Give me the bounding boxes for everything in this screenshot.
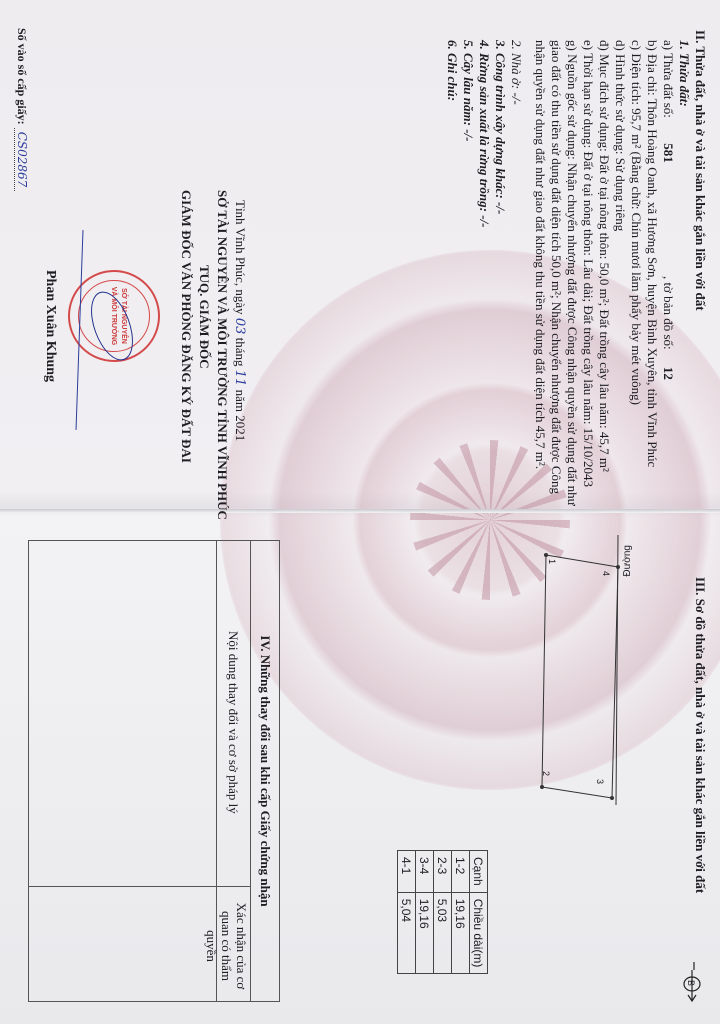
parcel-number-row: a) Thửa đất số: 581 , tờ bản đồ số: 12 xyxy=(660,40,676,380)
section-iv-title: IV. Những thay đổi sau khi cấp Giấy chứn… xyxy=(257,541,273,1001)
director-title: GIÁM ĐỐC VĂN PHÒNG ĐĂNG KÝ ĐẤT ĐAI xyxy=(178,190,194,463)
origin-line-1: g) Nguồn gốc sử dụng: Nhận chuyển nhượng… xyxy=(564,40,580,506)
notes-item: 6. Ghi chú: xyxy=(444,40,460,101)
table-row: 1-219,16 xyxy=(452,851,470,974)
table-row: 2-35,03 xyxy=(434,851,452,974)
section-ii-title: II. Thửa đất, nhà ở và tài sản khác gắn … xyxy=(692,30,708,311)
north-label: B xyxy=(683,980,699,986)
parcel-label: a) Thửa đất số: xyxy=(661,40,676,118)
area: c) Diện tích: 95,7 m² (Bằng chữ: Chín mư… xyxy=(628,40,644,405)
signer-name: Phan Xuân Khung xyxy=(42,270,58,382)
usage-form: d) Hình thức sử dụng: Sử dụng riêng xyxy=(612,40,628,231)
map-sheet-number: 12 xyxy=(661,367,676,380)
other-construction-item: 3. Công trình xây dựng khác: -/- xyxy=(492,40,508,214)
vertex-2: 2 xyxy=(538,771,554,776)
usage-purpose: đ) Mục đích sử dụng: Đất ở tại nông thôn… xyxy=(596,40,612,472)
land-use-certificate-spread: II. Thửa đất, nhà ở và tài sản khác gắn … xyxy=(0,0,720,1024)
parcel-number: 581 xyxy=(661,143,676,163)
planted-forest-item: 4. Rừng sản xuất là rừng trồng: -/- xyxy=(476,40,492,228)
fold-crease xyxy=(0,509,720,513)
road-label: Đường xyxy=(620,545,636,577)
changes-section: IV. Những thay đổi sau khi cấp Giấy chứn… xyxy=(28,540,280,1002)
registry-row: Số vào sổ cấp giấy: CS02867 xyxy=(14,28,30,191)
map-sheet-label: , tờ bản đồ số: xyxy=(661,276,676,350)
address: b) Địa chỉ: Thôn Hoàng Oanh, xã Hương Sơ… xyxy=(644,40,660,467)
vertex-markers xyxy=(540,553,620,800)
right-page: III. Sơ đồ thửa đất, nhà ở và tài sản kh… xyxy=(0,515,720,1024)
vertex-4: 4 xyxy=(598,571,614,576)
divider xyxy=(250,541,251,1001)
changes-confirm-header: Xác nhận của cơ quan có thẩm quyền xyxy=(204,896,249,996)
table-row: 4-15,04 xyxy=(398,851,416,974)
authority: SỞ TÀI NGUYÊN VÀ MÔI TRƯỜNG TỈNH VĨNH PH… xyxy=(214,190,230,520)
on-behalf: TUQ. GIÁM ĐỐC xyxy=(196,265,212,369)
origin-line-2: giao đất có thu tiền sử dụng đất diện tí… xyxy=(548,40,564,494)
usage-term: e) Thời hạn sử dụng: Đất ở tại nông thôn… xyxy=(580,40,596,487)
table-row: 3-419,16 xyxy=(416,851,434,974)
house-item: 2. Nhà ở: -/- xyxy=(508,40,524,105)
registry-number: CS02867 xyxy=(14,128,29,192)
place-date: Tỉnh Vĩnh Phúc, ngày 03 tháng 11 năm 202… xyxy=(231,200,248,441)
vertex-1: 1 xyxy=(544,559,560,564)
perennial-trees-item: 5. Cây lâu năm: -/- xyxy=(460,40,476,141)
divider xyxy=(29,886,251,887)
left-page: II. Thửa đất, nhà ở và tài sản khác gắn … xyxy=(0,0,720,505)
issue-month: 11 xyxy=(232,370,247,387)
issue-day: 03 xyxy=(232,318,247,335)
registry-label: Số vào sổ cấp giấy: xyxy=(15,28,29,125)
edge-length-table: Cạnh Chiều dài(m) 1-219,16 2-35,03 3-419… xyxy=(397,850,488,974)
parcel-subtitle: 1. Thửa đất: xyxy=(676,40,692,107)
table-header-row: Cạnh Chiều dài(m) xyxy=(470,851,488,974)
vertex-3: 3 xyxy=(592,779,608,784)
origin-line-3: nhận quyền sử dụng đất như giao đất khôn… xyxy=(532,40,548,469)
changes-content-header: Nội dung thay đổi và cơ sở pháp lý xyxy=(225,631,241,814)
